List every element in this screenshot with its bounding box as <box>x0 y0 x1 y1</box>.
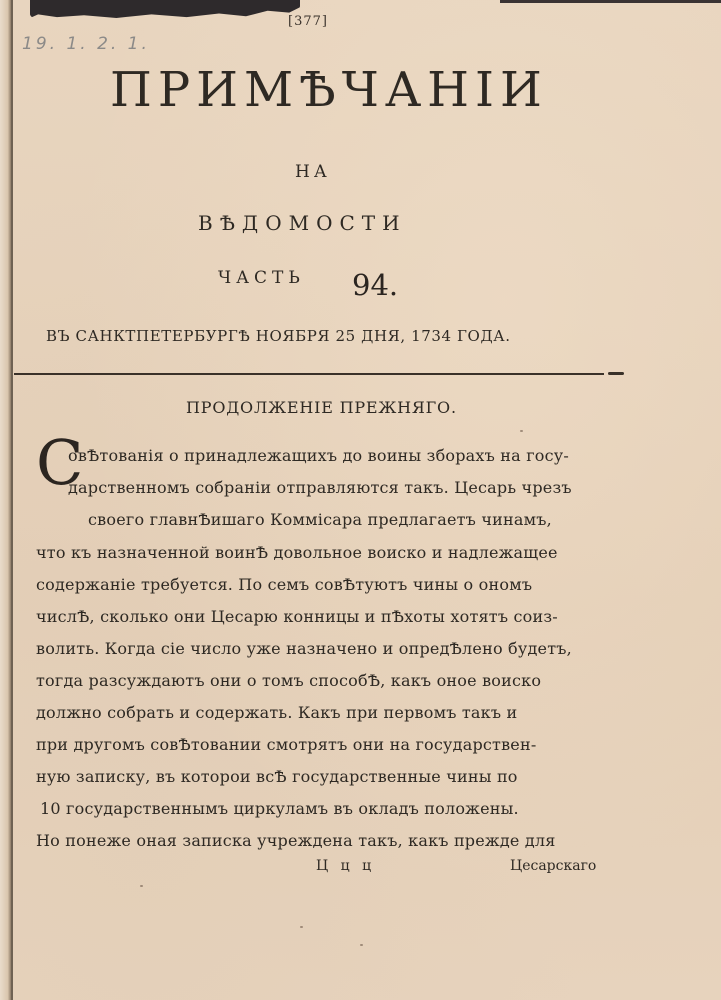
binding-gutter-line <box>11 0 13 1000</box>
text-line: ную записку, въ которои всѢ государствен… <box>36 767 518 787</box>
signature-mark: Ц ц ц <box>316 858 375 874</box>
top-dark-edge <box>500 0 721 3</box>
document-page: [377] 19. 1. 2. 1. ПРИМѢЧАНІИ НА ВѢДОМОС… <box>0 0 721 1000</box>
text-line: числѢ, сколько они Цесарю конницы и пѢхо… <box>36 607 558 627</box>
text-line: Но понеже оная записка учреждена такъ, к… <box>36 831 556 851</box>
dateline: ВЪ САНКТПЕТЕРБУРГѢ НОЯБРЯ 25 ДНЯ, 1734 Г… <box>46 327 511 345</box>
subtitle-vedomosti: ВѢДОМОСТИ <box>198 211 407 235</box>
text-line: дарственномъ собраніи отправляются такъ.… <box>68 478 572 498</box>
text-line: тогда разсуждаютъ они о томъ способѢ, ка… <box>36 671 541 691</box>
paper-speck <box>300 926 303 928</box>
text-line: должно собрать и содержать. Какъ при пер… <box>36 703 517 723</box>
rule-ornament <box>608 372 624 375</box>
page-title: ПРИМѢЧАНІИ <box>110 62 548 118</box>
subtitle-na: НА <box>295 162 331 182</box>
page-number: [377] <box>288 14 328 29</box>
binding-edge <box>0 0 11 1000</box>
paper-speck <box>520 430 523 432</box>
catchword: Цесарскаго <box>510 858 596 874</box>
text-line: волить. Когда сіе число уже назначено и … <box>36 639 572 659</box>
text-line: 10 государственнымъ циркуламъ въ окладъ … <box>40 799 519 819</box>
text-line: что къ назначенной воинѢ довольное воиск… <box>36 543 558 563</box>
part-label: ЧАСТЬ <box>218 268 305 288</box>
text-line: своего главнѢишаго Коммісара предлагаетъ… <box>88 510 552 530</box>
torn-paper-patch <box>30 0 300 18</box>
text-line: содержаніе требуется. По семъ совѢтуютъ … <box>36 575 532 595</box>
text-line: овѢтованія о принадлежащихъ до воины збо… <box>68 446 569 466</box>
text-line: при другомъ совѢтовании смотрятъ они на … <box>36 735 536 755</box>
paper-speck <box>140 885 143 887</box>
part-number: 94. <box>352 268 398 302</box>
horizontal-rule <box>14 373 604 375</box>
section-heading: ПРОДОЛЖЕНІЕ ПРЕЖНЯГО. <box>186 398 457 417</box>
paper-speck <box>360 944 363 946</box>
pencil-shelf-mark: 19. 1. 2. 1. <box>22 34 150 54</box>
